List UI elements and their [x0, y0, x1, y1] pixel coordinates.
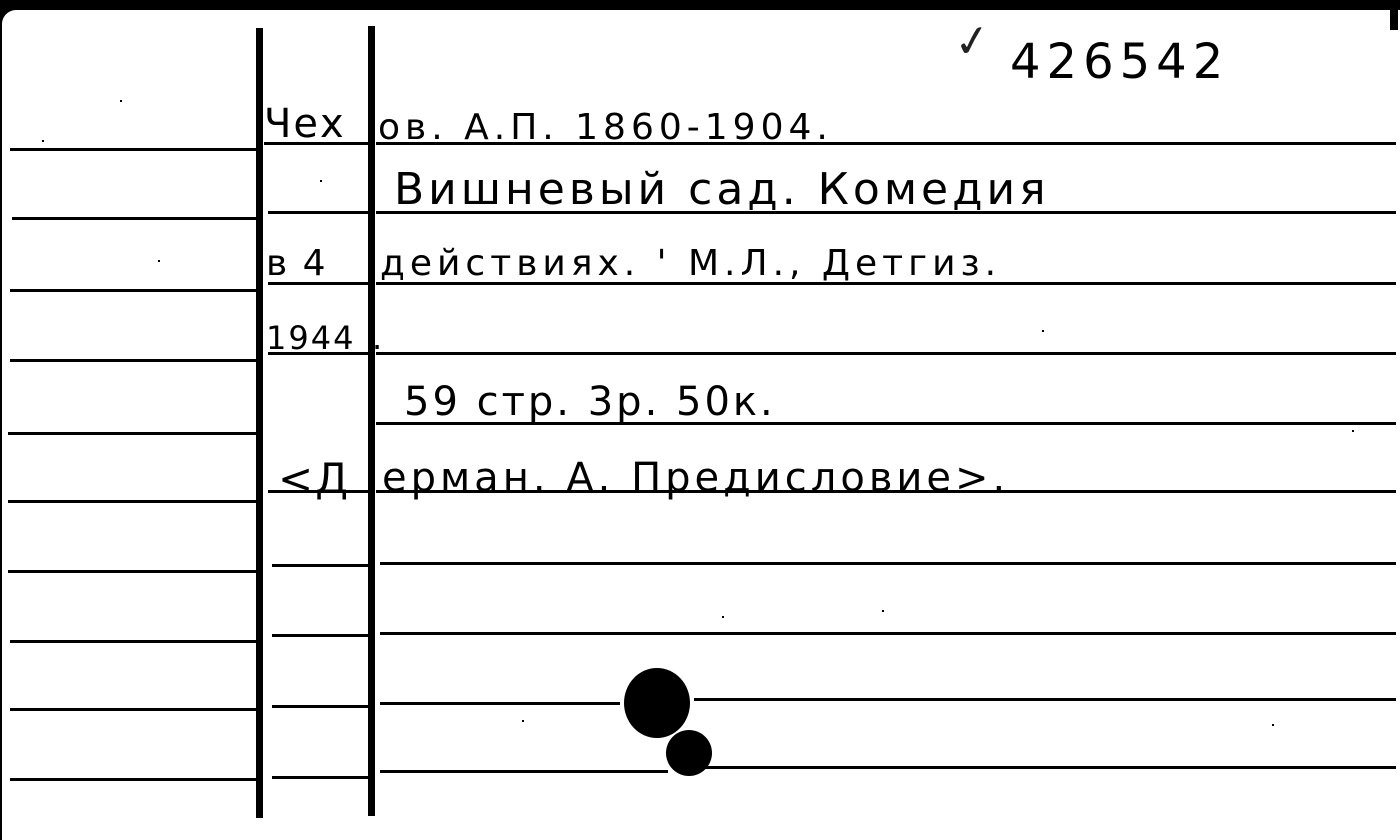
ink-blot — [624, 668, 690, 738]
rule — [380, 562, 1396, 565]
rule — [376, 352, 1396, 355]
dust-speck — [1352, 430, 1354, 432]
rule — [272, 634, 368, 637]
accession-number: 426542 — [1010, 38, 1229, 86]
rule — [8, 432, 256, 435]
ink-blot — [666, 730, 712, 776]
right-edge-marks — [1390, 10, 1398, 30]
rule — [8, 500, 256, 503]
rule — [272, 705, 368, 708]
collation-line: 59 стр. 3р. 50к. — [404, 382, 776, 422]
dust-speck — [158, 260, 160, 262]
rule — [10, 640, 256, 643]
dust-speck — [120, 100, 122, 102]
vertical-rule-right — [368, 26, 375, 816]
vertical-rule-left — [256, 28, 263, 818]
author-heading-left: Чех — [264, 104, 346, 144]
rule — [10, 359, 256, 362]
dust-speck — [320, 180, 322, 182]
catalog-card: ✓ 426542 Чех ов. А.П. 1860-1904. Вишневы… — [2, 10, 1400, 840]
rule — [380, 632, 1396, 635]
rule — [272, 776, 368, 779]
line3-right: действиях. ' М.Л., Детгиз. — [380, 246, 1001, 282]
rule — [10, 148, 256, 151]
note-left: <Д — [278, 458, 350, 500]
line3-left: в 4 — [266, 246, 328, 282]
dust-speck — [882, 610, 884, 612]
dust-speck — [42, 140, 44, 142]
rule — [694, 698, 1396, 701]
dust-speck — [1042, 330, 1044, 332]
rule — [704, 766, 1396, 769]
rule — [10, 708, 258, 711]
rule — [10, 778, 260, 781]
author-heading-right: ов. А.П. 1860-1904. — [378, 110, 833, 146]
year-period: . — [372, 322, 384, 354]
rule — [268, 211, 368, 214]
rule — [272, 564, 368, 567]
accession-check-mark: ✓ — [951, 18, 996, 67]
dust-speck — [522, 720, 524, 722]
dust-speck — [1272, 724, 1274, 726]
rule — [8, 570, 256, 573]
rule — [380, 702, 620, 705]
rule — [12, 217, 256, 220]
note-right: ерман. А. Предисловие>. — [382, 458, 1009, 498]
rule — [10, 289, 256, 292]
title-line: Вишневый сад. Комедия — [394, 168, 1050, 212]
rule — [380, 770, 668, 773]
dust-speck — [722, 616, 724, 618]
year-left: 1944 — [266, 322, 355, 354]
